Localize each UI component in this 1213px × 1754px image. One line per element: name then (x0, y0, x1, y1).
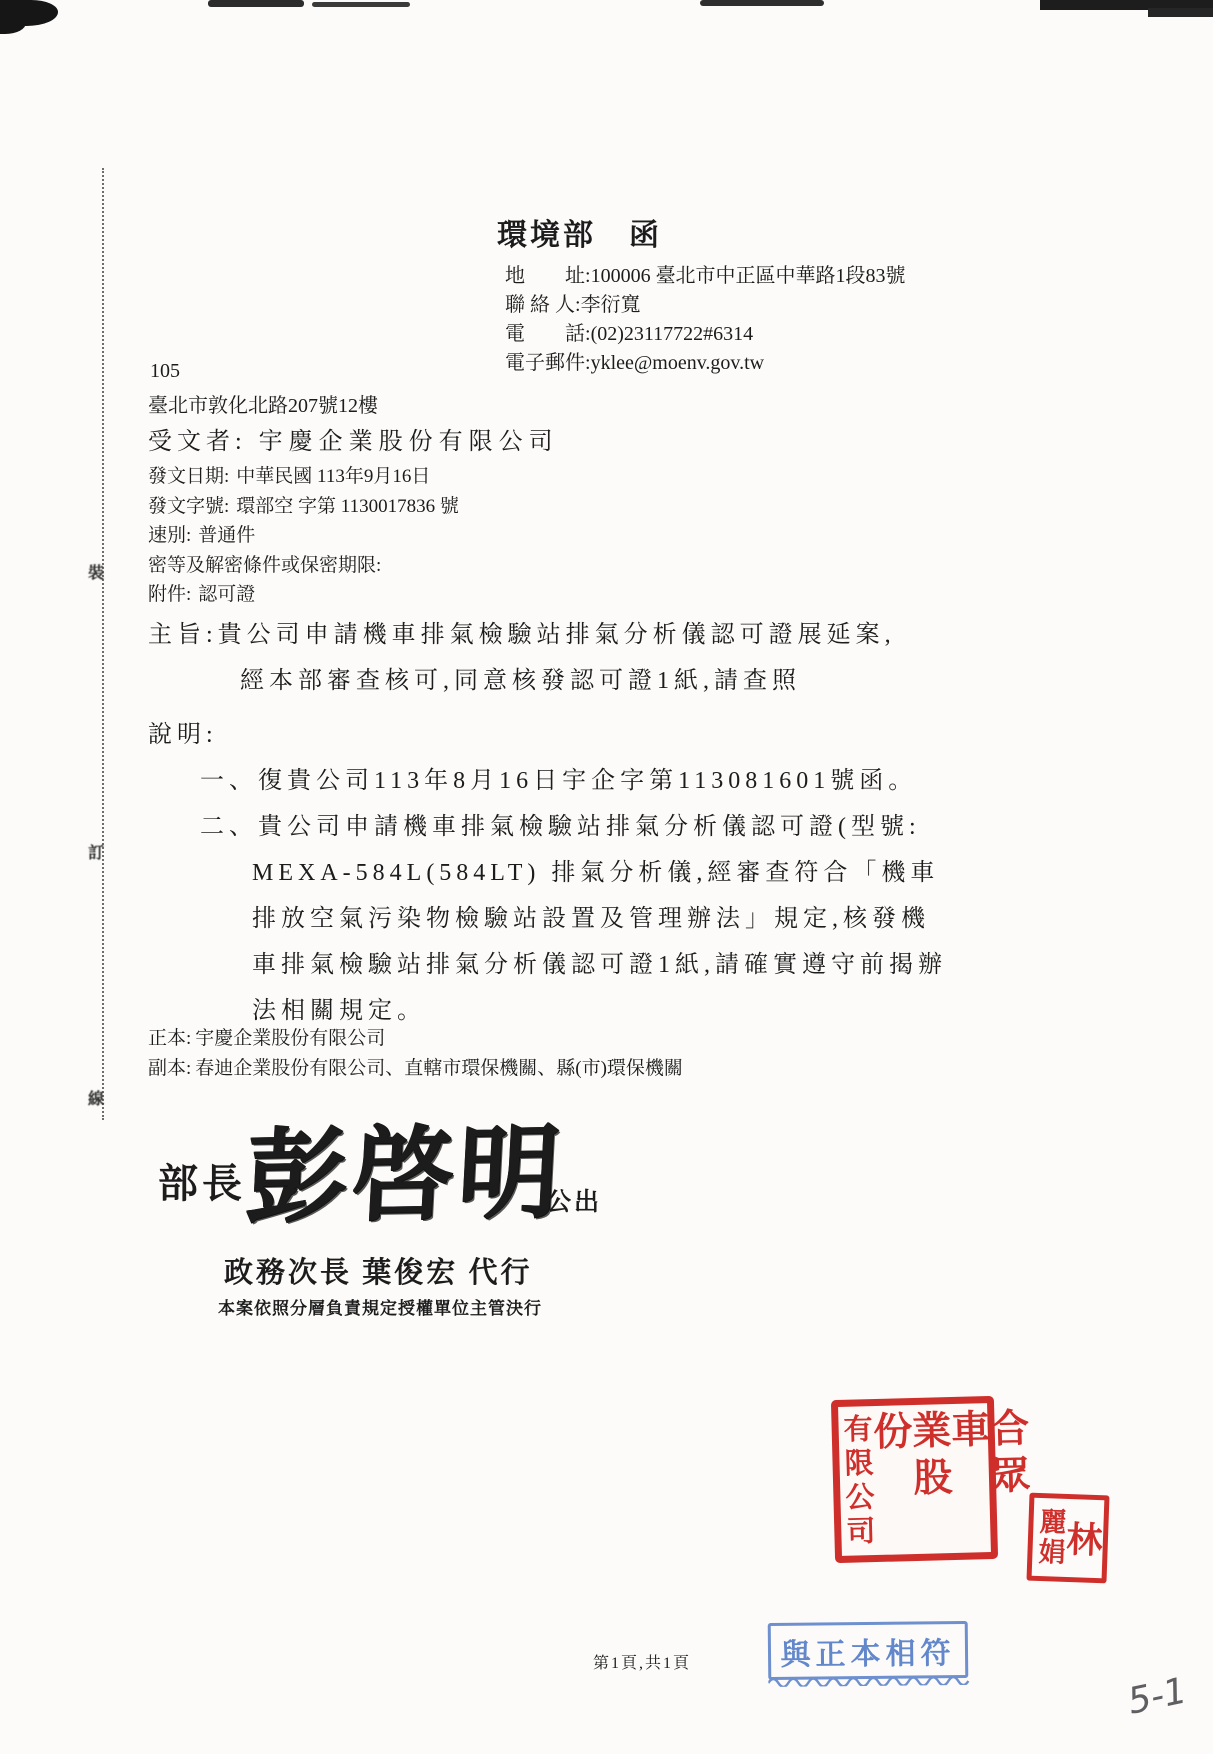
recipient-zip: 105 (150, 360, 180, 383)
company-seal-column-2: 業股份 (869, 1409, 951, 1550)
certified-true-copy-text: 與正本相符 (780, 1628, 955, 1674)
subject-line-2: 經本部審查核可,同意核發認可證1紙,請查照 (240, 658, 1008, 704)
item-2-marker: 二、 (200, 814, 258, 840)
scanned-official-letter: 裝 訂 線 環境部 函 地 址:100006 臺北市中正區中華路1段83號 聯 … (0, 0, 1213, 1754)
cc-copy-row: 副本:春迪企業股份有限公司、直轄市環保機關、縣(市)環保機關 (148, 1054, 683, 1084)
doc-number-value: 環部空 字第 1130017836 號 (236, 496, 459, 517)
contact-label: 聯 絡 人: (505, 291, 581, 320)
phone-label: 電 話: (505, 320, 591, 349)
certified-true-copy-stamp: 與正本相符 (768, 1621, 969, 1680)
address-value: 100006 臺北市中正區中華路1段83號 (591, 265, 906, 287)
company-seal-stamp: 合眾車 業股份 有限公司 (831, 1396, 998, 1563)
explanation-item-2-line-1: 二、貴公司申請機車排氣檢驗站排氣分析儀認可證(型號: (200, 804, 1008, 850)
document-title: 環境部 函 (497, 210, 662, 254)
scan-artifact (1148, 8, 1213, 17)
letter-body: 主旨:貴公司申請機車排氣檢驗站排氣分析儀認可證展延案, 經本部審查核可,同意核發… (148, 612, 1008, 1034)
company-seal-column-1: 合眾車 (947, 1407, 1029, 1548)
attachment-value: 認可證 (198, 584, 255, 605)
subject-label: 主旨: (148, 622, 218, 648)
explanation-item-2-line-3: 排放空氣污染物檢驗站設置及管理辦法」規定,核發機 (252, 896, 1008, 942)
sender-email-row: 電子郵件:yklee@moenv.gov.tw (505, 349, 906, 378)
subject-text-1: 貴公司申請機車排氣檢驗站排氣分析儀認可證展延案, (218, 622, 896, 648)
scan-artifact (208, 0, 304, 7)
personal-seal-stamp: 林 麗娟 (1026, 1493, 1109, 1584)
priority-value: 普通件 (198, 525, 255, 546)
item-2-text-1: 貴公司申請機車排氣檢驗站排氣分析儀認可證(型號: (258, 814, 921, 840)
sender-address-row: 地 址:100006 臺北市中正區中華路1段83號 (505, 262, 906, 291)
handwritten-note: 5-1 (1124, 1670, 1190, 1722)
cc-label: 副本: (148, 1058, 191, 1079)
item-1-text: 復貴公司113年8月16日宇企字第113081601號函。 (258, 768, 917, 794)
original-label: 正本: (148, 1028, 191, 1049)
binding-char-zhuang: 裝 (88, 560, 104, 583)
priority-row: 速別:普通件 (148, 521, 459, 551)
explanation-item-1: 一、復貴公司113年8月16日宇企字第113081601號函。 (200, 758, 1008, 804)
address-label: 地 址: (505, 262, 591, 291)
personal-seal-givenname: 麗娟 (1035, 1507, 1064, 1568)
binding-dotted-line (102, 168, 104, 1120)
minister-signature: 彭啓明 (242, 1091, 568, 1243)
original-value: 宇慶企業股份有限公司 (195, 1028, 385, 1049)
phone-value: (02)23117722#6314 (591, 323, 754, 345)
item-1-marker: 一、 (200, 768, 258, 794)
issue-date-row: 發文日期:中華民國 113年9月16日 (148, 462, 459, 492)
doc-number-row: 發文字號:環部空 字第 1130017836 號 (148, 492, 459, 522)
subject-line-1: 主旨:貴公司申請機車排氣檢驗站排氣分析儀認可證展延案, (148, 612, 1008, 658)
binding-char-xian: 線 (88, 1086, 104, 1109)
deputy-minister-line: 政務次長 葉俊宏 代行 (224, 1250, 533, 1291)
minister-title: 部長 (158, 1152, 246, 1209)
doc-number-label: 發文字號: (148, 496, 229, 517)
email-label: 電子郵件: (505, 349, 591, 378)
contact-value: 李衍寬 (581, 294, 641, 316)
attachment-label: 附件: (148, 584, 191, 605)
sender-phone-row: 電 話:(02)23117722#6314 (505, 320, 906, 349)
priority-label: 速別: (148, 525, 191, 546)
recipient-line: 受文者:宇慶企業股份有限公司 (148, 421, 559, 456)
page-number: 第1頁,共1頁 (593, 1650, 691, 1673)
explanation-item-2-line-2: MEXA-584L(584LT) 排氣分析儀,經審查符合「機車 (252, 850, 1008, 896)
copies-block: 正本:宇慶企業股份有限公司 副本:春迪企業股份有限公司、直轄市環保機關、縣(市)… (148, 1024, 683, 1084)
personal-seal-surname: 林 (1063, 1520, 1100, 1557)
recipient-label: 受文者: (148, 429, 247, 455)
explanation-heading: 說明: (148, 712, 1008, 758)
recipient-name: 宇慶企業股份有限公司 (259, 429, 559, 455)
email-value: yklee@moenv.gov.tw (591, 352, 765, 374)
explanation-item-2-line-4: 車排氣檢驗站排氣分析儀認可證1紙,請確實遵守前揭辦 (252, 942, 1008, 988)
sender-contact-row: 聯 絡 人:李衍寬 (505, 291, 906, 320)
minister-status: 公出 (546, 1182, 602, 1218)
document-meta-block: 發文日期:中華民國 113年9月16日 發文字號:環部空 字第 11300178… (148, 462, 459, 610)
scan-artifact (312, 2, 410, 7)
binding-char-ding: 訂 (88, 840, 104, 863)
security-label: 密等及解密條件或保密期限: (148, 555, 381, 576)
cc-value: 春迪企業股份有限公司、直轄市環保機關、縣(市)環保機關 (195, 1058, 683, 1079)
security-row: 密等及解密條件或保密期限: (148, 551, 459, 581)
scan-artifact (700, 0, 824, 6)
wavy-border-decoration (768, 1675, 974, 1687)
authorization-note: 本案依照分層負責規定授權單位主管決行 (218, 1294, 542, 1319)
original-copy-row: 正本:宇慶企業股份有限公司 (148, 1024, 683, 1054)
issue-date-label: 發文日期: (148, 466, 229, 487)
scan-artifact (0, 20, 26, 34)
issue-date-value: 中華民國 113年9月16日 (236, 466, 430, 487)
attachment-row: 附件:認可證 (148, 580, 459, 610)
sender-contact-block: 地 址:100006 臺北市中正區中華路1段83號 聯 絡 人:李衍寬 電 話:… (505, 262, 906, 378)
recipient-street: 臺北市敦化北路207號12樓 (148, 389, 378, 418)
